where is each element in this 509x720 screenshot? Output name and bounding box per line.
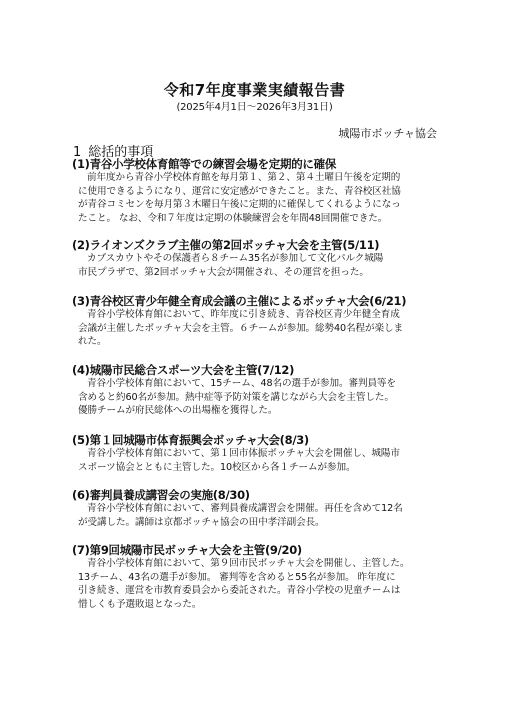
item-line: 青谷小学校体育館において、昨年度に引き続き、青谷校区青少年健全育成 xyxy=(78,308,442,322)
item-line: 会議が主催したボッチャ大会を主管。６チームが参加。総勢40名程が楽しま xyxy=(78,322,442,336)
organization-name: 城陽市ボッチャ協会 xyxy=(338,125,437,141)
item-title: (2)ライオンズクラブ主催の第2回ボッチャ大会を主管(5/11) xyxy=(72,238,442,252)
item-line: スポーツ協会とともに主管した。10校区から各１チームが参加。 xyxy=(78,461,442,475)
item-body: 青谷小学校体育館において、第９回市民ボッチャ大会を開催し、主管した。 13チーム… xyxy=(72,557,442,611)
item-body: 青谷小学校体育館において、審判員養成講習会を開催。再任を含めて12名 が受講した… xyxy=(72,502,442,529)
item-line: 青谷小学校体育館において、第９回市民ボッチャ大会を開催し、主管した。 xyxy=(78,557,442,571)
item-line: 青谷小学校体育館において、第１回市体振ボッチャ大会を開催し、城陽市 xyxy=(78,447,442,461)
item-line: 含めると約60名が参加。熱中症等予防対策を講じながら大会を主管した。 xyxy=(78,391,442,405)
item-title: (6)審判員養成講習会の実施(8/30) xyxy=(72,488,442,502)
item-line: 青谷小学校体育館において、審判員養成講習会を開催。再任を含めて12名 xyxy=(78,502,442,516)
item-title: (7)第9回城陽市民ボッチャ大会を主管(9/20) xyxy=(72,543,442,557)
item-line: に使用できるようになり、運営に安定感ができたこと。また、青谷校区社協 xyxy=(78,185,442,199)
item-line: が受講した。講師は京都ボッチャ協会の田中孝洋副会長。 xyxy=(78,516,442,530)
report-item-6: (6)審判員養成講習会の実施(8/30) 青谷小学校体育館において、審判員養成講… xyxy=(72,488,442,529)
item-line: 優勝チームが府民総体への出場権を獲得した。 xyxy=(78,404,442,418)
report-item-2: (2)ライオンズクラブ主催の第2回ボッチャ大会を主管(5/11) カブスカウトや… xyxy=(72,238,442,279)
item-body: 青谷小学校体育館において、15チーム、48名の選手が参加。審判員等を 含めると約… xyxy=(72,377,442,418)
item-body: カブスカウトやその保護者ら８チーム35名が参加して文化パルク城陽 市民プラザで、… xyxy=(72,252,442,279)
report-item-1: (1)青谷小学校体育館等での練習会場を定期的に確保 前年度から青谷小学校体育館を… xyxy=(72,157,442,225)
document-title: 令和7年度事業実績報告書 xyxy=(0,79,509,100)
item-line: 青谷小学校体育館において、15チーム、48名の選手が参加。審判員等を xyxy=(78,377,442,391)
item-line: 市民プラザで、第2回ボッチャ大会が開催され、その運営を担った。 xyxy=(78,266,442,280)
item-line: 前年度から青谷小学校体育館を毎月第１、第２、第４土曜日午後を定期的 xyxy=(78,171,442,185)
item-title: (5)第１回城陽市体育振興会ボッチャ大会(8/3) xyxy=(72,433,442,447)
report-item-7: (7)第9回城陽市民ボッチャ大会を主管(9/20) 青谷小学校体育館において、第… xyxy=(72,543,442,611)
report-item-5: (5)第１回城陽市体育振興会ボッチャ大会(8/3) 青谷小学校体育館において、第… xyxy=(72,433,442,474)
report-item-4: (4)城陽市民総合スポーツ大会を主管(7/12) 青谷小学校体育館において、15… xyxy=(72,363,442,418)
item-title: (1)青谷小学校体育館等での練習会場を定期的に確保 xyxy=(72,157,442,171)
item-body: 前年度から青谷小学校体育館を毎月第１、第２、第４土曜日午後を定期的 に使用できる… xyxy=(72,171,442,225)
item-title: (4)城陽市民総合スポーツ大会を主管(7/12) xyxy=(72,363,442,377)
report-period: (2025年4月1日～2026年3月31日) xyxy=(0,98,509,113)
item-line: カブスカウトやその保護者ら８チーム35名が参加して文化パルク城陽 xyxy=(78,252,442,266)
item-line: れた。 xyxy=(78,335,442,349)
item-line: が青谷コミセンを毎月第３木曜日午後に定期的に確保してくれるようになっ xyxy=(78,198,442,212)
item-line: 惜しくも予選敗退となった。 xyxy=(78,598,442,612)
item-body: 青谷小学校体育館において、第１回市体振ボッチャ大会を開催し、城陽市 スポーツ協会… xyxy=(72,447,442,474)
item-title: (3)青谷校区青少年健全育成会議の主催によるボッチャ大会(6/21) xyxy=(72,294,442,308)
item-body: 青谷小学校体育館において、昨年度に引き続き、青谷校区青少年健全育成 会議が主催し… xyxy=(72,308,442,349)
item-line: 引き続き、運営を市教育委員会から委託された。青谷小学校の児童チームは xyxy=(78,584,442,598)
item-line: たこと。 なお、令和７年度は定期の体験練習会を年間48回開催できた。 xyxy=(78,212,442,226)
item-line: 13チーム、43名の選手が参加。 審判等を含めると55名が参加。 昨年度に xyxy=(78,571,442,585)
report-item-3: (3)青谷校区青少年健全育成会議の主催によるボッチャ大会(6/21) 青谷小学校… xyxy=(72,294,442,349)
